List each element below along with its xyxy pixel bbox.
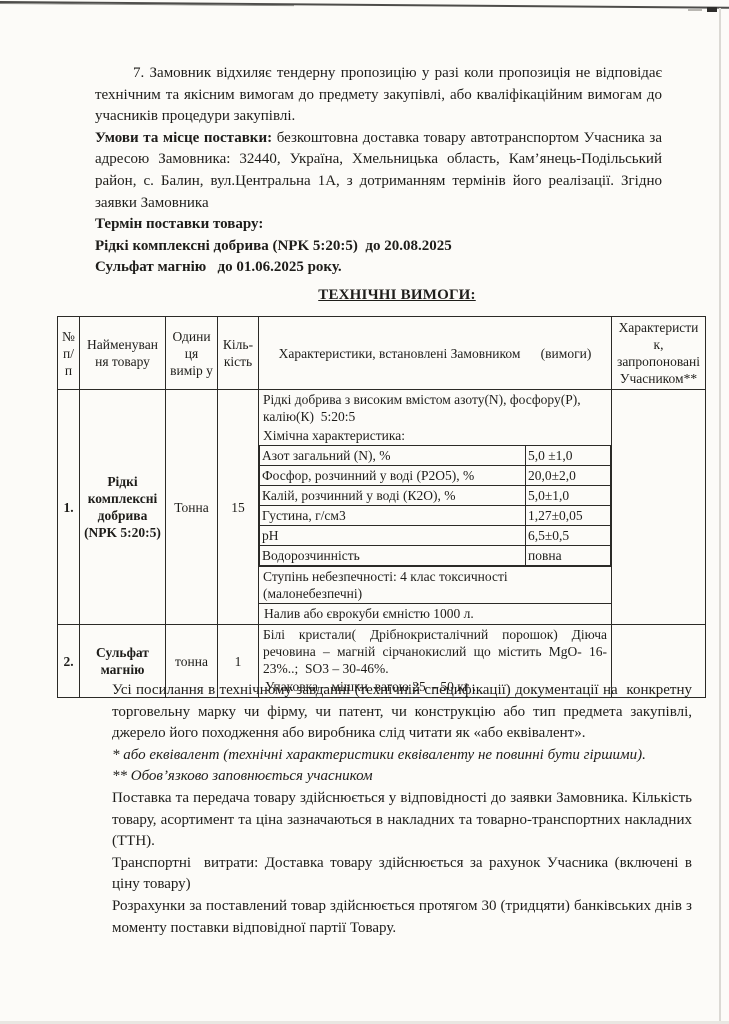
row1-hazard-class-text: Ступінь небезпечності: 4 клас токсичност…: [259, 566, 611, 604]
row1-intro-text: Рідкі добрива з високим вмістом азоту(N)…: [259, 390, 611, 426]
row1-characteristics-cell: Рідкі добрива з високим вмістом азоту(N)…: [259, 390, 612, 625]
delivery-term-heading: Термін поставки товару:: [95, 214, 662, 236]
row1-chem-label: Хімічна характеристика:: [259, 426, 611, 445]
row1-specs-table: Азот загальний (N), % 5,0 ±1,0 Фосфор, р…: [259, 445, 611, 566]
footnote-participant: ** Обов’язково заповнюється учасником: [112, 766, 692, 788]
spec-label: Азот загальний (N), %: [260, 446, 526, 466]
row2-description-text: Білі кристали( Дрібнокристалічний порошо…: [259, 625, 611, 678]
spec-row: Калій, розчинний у воді (К2О), % 5,0±1,0: [260, 486, 611, 506]
spec-row: Густина, г/см3 1,27±0,05: [260, 506, 611, 526]
footnote-equivalent: * або еквівалент (технічні характеристик…: [112, 745, 692, 767]
spec-row: Водорозчинність повна: [260, 546, 611, 566]
row1-quantity: 15: [218, 390, 259, 625]
spec-row: Азот загальний (N), % 5,0 ±1,0: [260, 446, 611, 466]
scanned-tender-document-page: { "page": { "rejection_clause": "7. Замо…: [0, 0, 729, 1024]
payment-terms-paragraph: Розрахунки за поставлений товар здійснює…: [112, 896, 692, 939]
top-text-block: 7. Замовник відхиляє тендерну пропозицію…: [95, 63, 662, 279]
spec-label: Калій, розчинний у воді (К2О), %: [260, 486, 526, 506]
row1-unit: Тонна: [166, 390, 218, 625]
spec-value: повна: [526, 546, 611, 566]
spec-row: Фосфор, розчинний у воді (Р2О5), % 20,0±…: [260, 466, 611, 486]
spec-row: рН 6,5±0,5: [260, 526, 611, 546]
header-characteristics: Характеристики, встановлені Замовником (…: [259, 317, 612, 390]
delivery-term-fertilizer-line: Рідкі комплексні добрива (NPK 5:20:5) до…: [95, 236, 662, 258]
scan-artifact-right-edge-line: [719, 8, 721, 1024]
rejection-clause-paragraph: 7. Замовник відхиляє тендерну пропозицію…: [95, 63, 662, 128]
tech-requirements-title: ТЕХНІЧНІ ВИМОГИ:: [57, 287, 705, 304]
row1-packaging-text: Налив або єврокуби ємністю 1000 л.: [259, 604, 611, 624]
spec-value: 6,5±0,5: [526, 526, 611, 546]
header-product-name: Найменуван ня товару: [80, 317, 166, 390]
header-num: № п/ п: [58, 317, 80, 390]
row1-participant-characteristics-cell: [612, 390, 706, 625]
row1-number: 1.: [58, 390, 80, 625]
scan-artifact-corner-dash: [688, 9, 702, 11]
tech-requirements-table: № п/ п Найменуван ня товару Одини ця вим…: [57, 316, 706, 698]
spec-value: 20,0±2,0: [526, 466, 611, 486]
equivalence-paragraph: Усі посилання в технічному завданні (тех…: [112, 680, 692, 745]
delivery-transfer-paragraph: Поставка та передача товару здійснюється…: [112, 788, 692, 853]
delivery-conditions-paragraph: Умови та місце поставки: безкоштовна дос…: [95, 128, 662, 214]
table-row-1: 1. Рідкі комплексні добрива (NPK 5:20:5)…: [58, 390, 706, 625]
scan-artifact-corner-mark: [707, 7, 717, 12]
header-unit: Одини ця вимір у: [166, 317, 218, 390]
spec-label: Водорозчинність: [260, 546, 526, 566]
spec-value: 5,0±1,0: [526, 486, 611, 506]
transport-costs-paragraph: Транспортні витрати: Доставка товару зді…: [112, 853, 692, 896]
spec-value: 5,0 ±1,0: [526, 446, 611, 466]
row1-product-name: Рідкі комплексні добрива (NPK 5:20:5): [80, 390, 166, 625]
header-participant-characteristics: Характеристи к, запропоновані Учасником*…: [612, 317, 706, 390]
scan-artifact-top-line: [0, 1, 729, 9]
delivery-term-magnesium-line: Сульфат магнію до 01.06.2025 року.: [95, 257, 662, 279]
footer-notes-block: Усі посилання в технічному завданні (тех…: [112, 680, 692, 939]
row2-number: 2.: [58, 625, 80, 698]
spec-value: 1,27±0,05: [526, 506, 611, 526]
spec-label: Фосфор, розчинний у воді (Р2О5), %: [260, 466, 526, 486]
spec-label: рН: [260, 526, 526, 546]
delivery-conditions-label: Умови та місце поставки:: [95, 130, 272, 146]
header-quantity: Кіль-кість: [218, 317, 259, 390]
table-header-row: № п/ п Найменуван ня товару Одини ця вим…: [58, 317, 706, 390]
spec-label: Густина, г/см3: [260, 506, 526, 526]
